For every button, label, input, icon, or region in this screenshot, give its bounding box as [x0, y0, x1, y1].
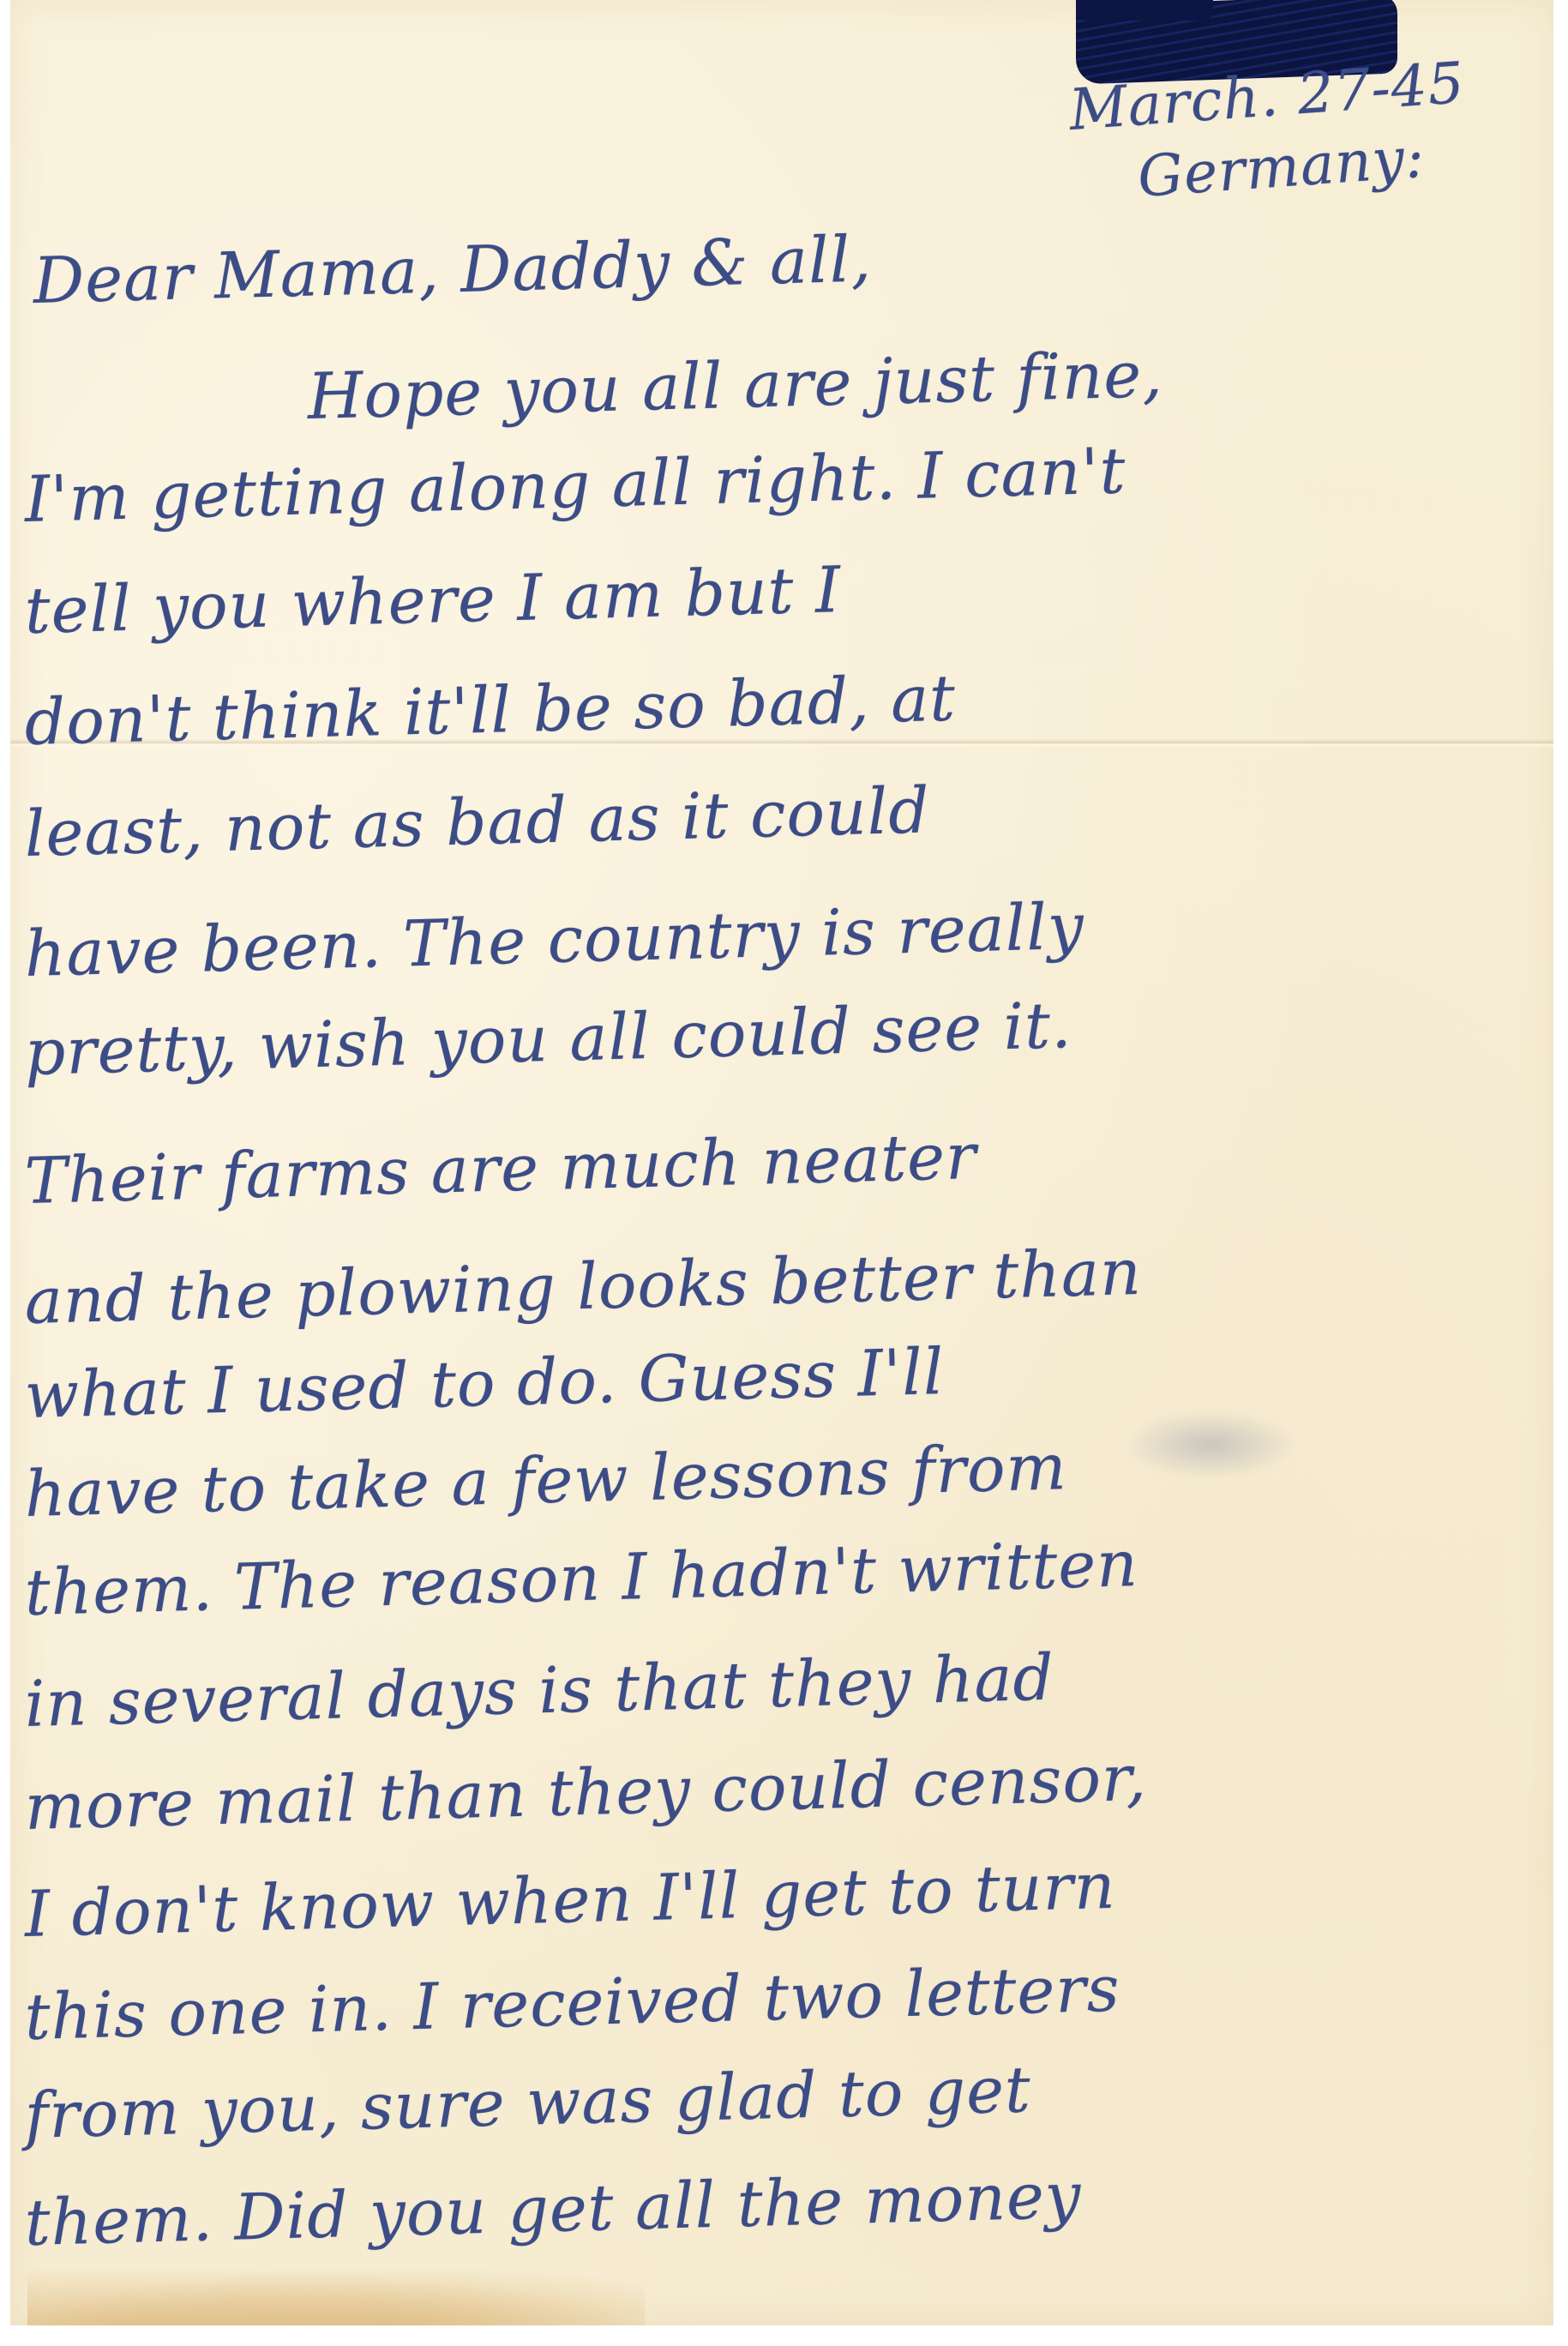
water-stain — [27, 2265, 645, 2325]
censor-redaction-mark-top — [1076, 0, 1213, 21]
ink-smudge — [1125, 1411, 1296, 1479]
